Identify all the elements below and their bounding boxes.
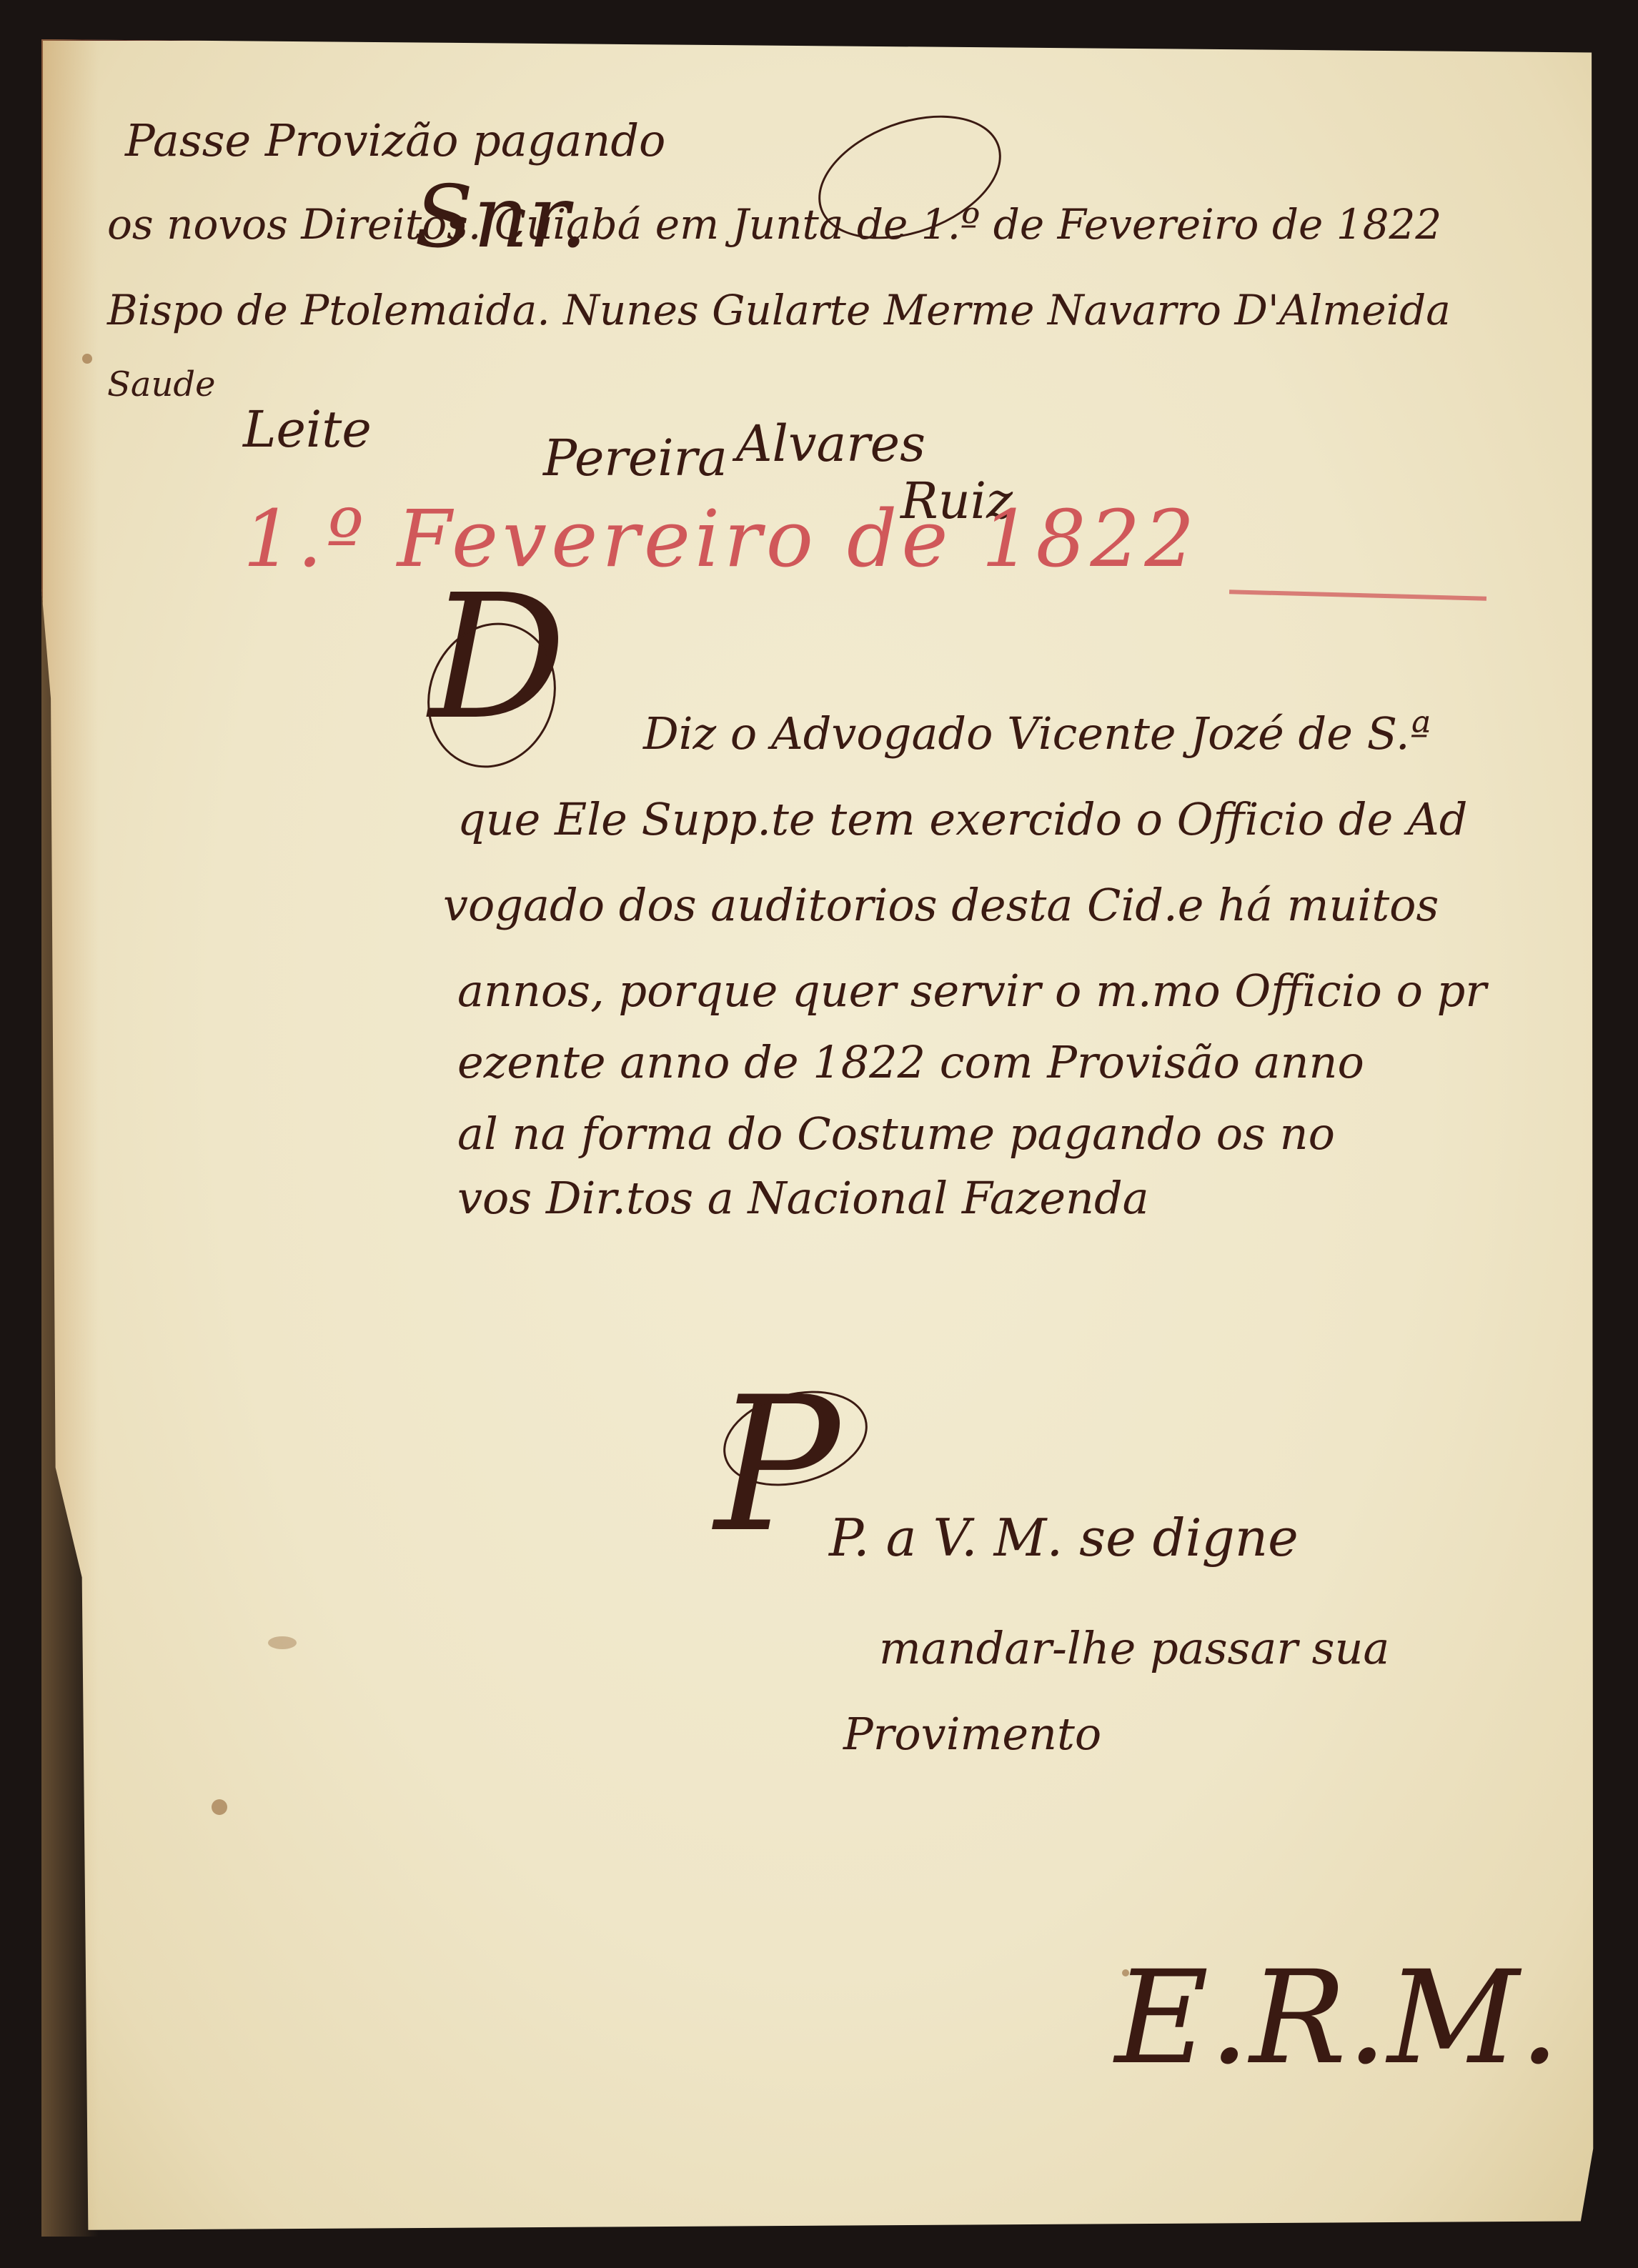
closing-line-3: Provimento (843, 1708, 1101, 1760)
paper-edge-stain (41, 39, 99, 2237)
signature-2: Pereira (543, 429, 728, 487)
petition-line-7: vos Dir.tos a Nacional Fazenda (457, 1172, 1149, 1224)
petition-line-3: vogado dos auditorios desta Cid.e há mui… (443, 879, 1439, 931)
despacho-line-1: Passe Provizão pagando (125, 114, 665, 166)
petition-line-4: annos, porque quer servir o m.mo Officio… (457, 965, 1486, 1017)
despacho-line-3: Bispo de Ptolemaida. Nunes Gularte Merme… (107, 286, 1451, 334)
closing-line-2: mandar-lhe passar sua (879, 1622, 1389, 1674)
signature-3: Alvares (736, 414, 925, 473)
water-stain (268, 1636, 297, 1649)
petition-line-5: ezente anno de 1822 com Provisão anno (457, 1036, 1364, 1088)
foxing-spot (212, 1799, 227, 1815)
petition-line-2: que Ele Supp.te tem exercido o Officio d… (457, 793, 1467, 845)
petition-line-6: al na forma do Costume pagando os no (457, 1108, 1335, 1160)
signature-1: Leite (243, 400, 372, 459)
despacho-line-4: Saude (107, 364, 216, 404)
despacho-line-2: os novos Direitos. Cuiabá em Junta de 1.… (107, 200, 1441, 249)
red-date-annotation: 1.º Fevereiro de 1822 (243, 493, 1198, 585)
petition-line-1: Diz o Advogado Vicente Jozé de S.ª (643, 707, 1431, 760)
signoff-erm: E.R.M. (1115, 1944, 1560, 2093)
foxing-spot (1122, 1969, 1129, 1976)
closing-line-1: P. a V. M. se digne (829, 1508, 1299, 1568)
foxing-spot (82, 354, 92, 364)
